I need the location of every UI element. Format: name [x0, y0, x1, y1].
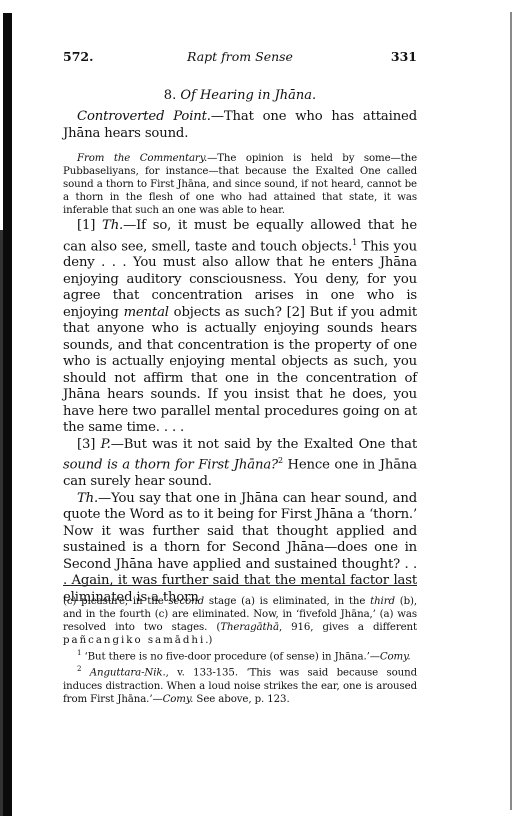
paragraph-1: [1] Th.—If so, it must be equally allowe… — [63, 218, 417, 437]
speaker-theravadin: Th. — [77, 491, 98, 506]
scan-binding-edge — [3, 13, 12, 816]
running-head: 572. Rapt from Sense 331 — [63, 49, 417, 65]
running-title: Rapt from Sense — [63, 49, 417, 64]
footnote-2: 2 Anguttara-Nik., v. 133-135. ‘This was … — [63, 663, 417, 705]
scan-binding-shadow — [0, 230, 3, 816]
main-body: [1] Th.—If so, it must be equally allowe… — [63, 218, 417, 606]
footnote-continued: (c) pleasure, in the second stage (a) is… — [63, 595, 417, 647]
scan-page-edge — [510, 12, 512, 810]
controverted-label: Controverted Point. — [77, 109, 211, 124]
speaker-opponent: P. — [101, 437, 111, 452]
section-heading: Of Hearing in Jhāna. — [180, 88, 316, 103]
page-number: 331 — [391, 49, 417, 64]
commentary-label: From the Commentary. — [77, 153, 207, 164]
footnote-1: 1 ‘But there is no five-door procedure (… — [63, 647, 417, 663]
footnote-rule — [63, 585, 417, 586]
paragraph-3: [3] P.—But was it not said by the Exalte… — [63, 437, 417, 491]
footnotes: (c) pleasure, in the second stage (a) is… — [63, 595, 417, 706]
paragraph-4: Th.—You say that one in Jhāna can hear s… — [63, 491, 417, 607]
section-number: 8. — [164, 88, 176, 103]
commentary-note: From the Commentary.—The opinion is held… — [63, 152, 417, 217]
speaker-theravadin: Th. — [102, 218, 123, 233]
controverted-point: Controverted Point.—That one who has att… — [63, 109, 417, 142]
section-title: 8. Of Hearing in Jhāna. — [63, 88, 417, 103]
